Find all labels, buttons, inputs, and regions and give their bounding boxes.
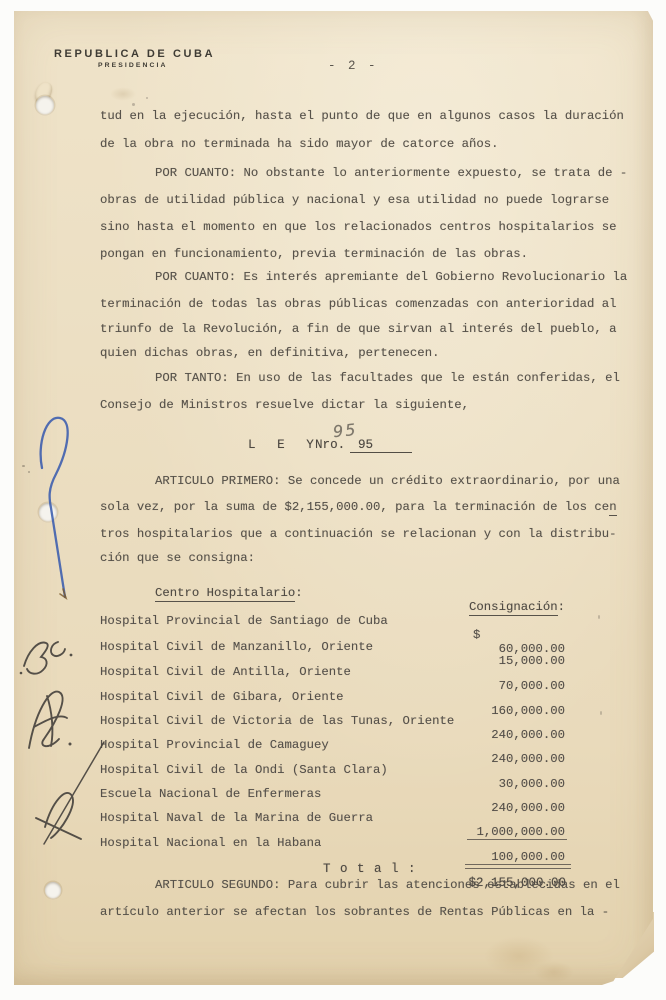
total-rule-top <box>467 839 567 840</box>
table-row: Escuela Nacional de Enfermeras 240,000.0… <box>100 773 630 790</box>
table-row: Hospital Civil de Victoria de las Tunas,… <box>100 700 630 717</box>
body-line: sino hasta el momento en que los relacio… <box>100 220 640 234</box>
body-line: ARTICULO PRIMERO: Se concede un crédito … <box>100 474 666 488</box>
body-line: obras de utilidad pública y nacional y e… <box>100 193 640 207</box>
speck <box>22 465 25 467</box>
speck <box>146 97 148 99</box>
letterhead-office: PRESIDENCIA <box>98 62 215 69</box>
body-line: POR CUANTO: Es interés apremiante del Go… <box>100 270 666 284</box>
table-header-row: Centro Hospitalario: Consignación: <box>100 572 630 589</box>
body-line: POR CUANTO: No obstante lo anteriormente… <box>100 166 666 180</box>
body-line: triunfo de la Revolución, a fin de que s… <box>100 322 640 336</box>
stain <box>534 961 574 983</box>
total-double-rule-1 <box>465 864 571 865</box>
total-double-rule-2 <box>465 868 571 869</box>
underlined-syllable: n <box>609 500 616 516</box>
total-label: T o t a l : <box>323 862 417 876</box>
law-number-typed: 95 <box>350 438 412 453</box>
table-row: Hospital Provincial de Santiago de Cuba … <box>100 600 630 617</box>
hole-punch <box>45 882 61 898</box>
body-line-text: sola vez, por la suma de $2,155,000.00, … <box>100 500 609 514</box>
body-line: sola vez, por la suma de $2,155,000.00, … <box>100 500 640 514</box>
column-header-centro: Centro Hospitalario: <box>155 586 303 600</box>
body-line: ARTICULO SEGUNDO: Para cubrir las atenci… <box>100 878 666 892</box>
blue-pen-check-mark <box>29 406 89 621</box>
hole-punch <box>36 96 54 114</box>
table-row: Hospital Naval de la Marina de Guerra 1,… <box>100 797 630 814</box>
colon: : <box>295 586 302 600</box>
table-row: Hospital Civil de la Ondi (Santa Clara) … <box>100 749 630 766</box>
page-number: - 2 - <box>328 59 378 73</box>
body-line: Consejo de Ministros resuelve dictar la … <box>100 398 640 412</box>
table-row: Hospital Provincial de Camaguey 240,000.… <box>100 724 630 741</box>
document-page: REPUBLICA DE CUBA PRESIDENCIA - 2 - tud … <box>14 11 653 985</box>
scan-background: REPUBLICA DE CUBA PRESIDENCIA - 2 - tud … <box>0 0 666 1000</box>
body-line: terminación de todas las obras públicas … <box>100 297 640 311</box>
body-line: ción que se consigna: <box>100 551 640 565</box>
body-line: tud en la ejecución, hasta el punto de q… <box>100 109 640 123</box>
stain <box>110 87 136 101</box>
table-row: Hospital Civil de Manzanillo, Oriente 15… <box>100 626 630 643</box>
body-line: pongan en funcionamiento, previa termina… <box>100 247 640 261</box>
speck <box>132 103 135 106</box>
law-title-word: L E Y <box>248 438 321 452</box>
body-line: tros hospitalarios que a continuación se… <box>100 527 640 541</box>
table-row: Hospital Nacional en la Habana 100,000.0… <box>100 822 630 839</box>
letterhead-country: REPUBLICA DE CUBA <box>54 48 215 60</box>
body-line: artículo anterior se afectan los sobrant… <box>100 905 640 919</box>
law-title: L E Y Nro. 95 95 <box>100 438 630 458</box>
stain <box>484 936 554 976</box>
body-line: POR TANTO: En uso de las facultades que … <box>100 371 666 385</box>
law-number-handwritten: 95 <box>332 420 358 441</box>
table-row: Hospital Civil de Gibara, Oriente 160,00… <box>100 676 630 693</box>
letterhead: REPUBLICA DE CUBA PRESIDENCIA <box>54 48 215 69</box>
body-line: de la obra no terminada ha sido mayor de… <box>100 137 640 151</box>
table-row: Hospital Civil de Antilla, Oriente 70,00… <box>100 651 630 668</box>
body-line: quien dichas obras, en definitiva, perte… <box>100 346 640 360</box>
ink-margin-scribbles <box>14 626 124 861</box>
total-row: T o t a l : $2,155,000.00 <box>100 848 630 865</box>
